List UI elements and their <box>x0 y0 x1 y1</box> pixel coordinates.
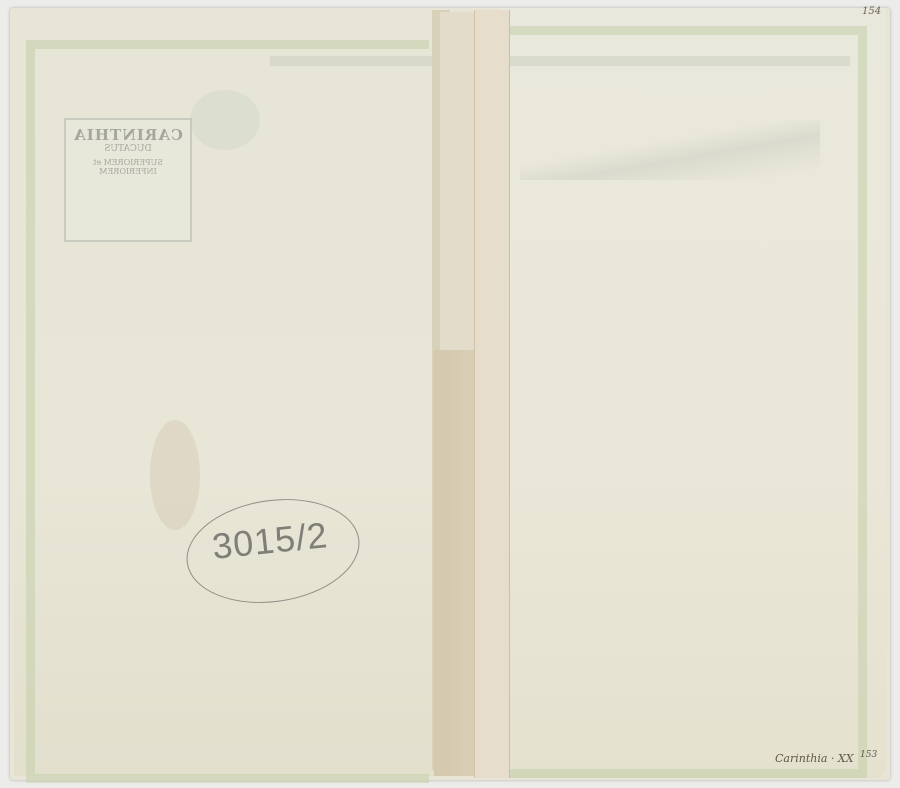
handwritten-note: Carinthia · XX <box>775 752 854 765</box>
stain <box>150 420 200 530</box>
page-number: 153 <box>860 750 877 760</box>
cartouche-line: SUPERIOREM et INFERIOREM <box>66 158 190 176</box>
show-through-mountains <box>520 120 820 180</box>
cartouche-subtitle: DUCATUS <box>66 144 190 154</box>
cartouche-title: CARINTHIA <box>66 126 190 144</box>
mirrored-cartouche: CARINTHIA DUCATUS SUPERIOREM et INFERIOR… <box>64 118 192 242</box>
stain <box>190 90 260 150</box>
hinge-paper-strip <box>440 12 476 352</box>
corner-mark: 154 <box>862 6 881 17</box>
repair-tape <box>434 350 478 776</box>
hinge-guard <box>474 10 510 778</box>
